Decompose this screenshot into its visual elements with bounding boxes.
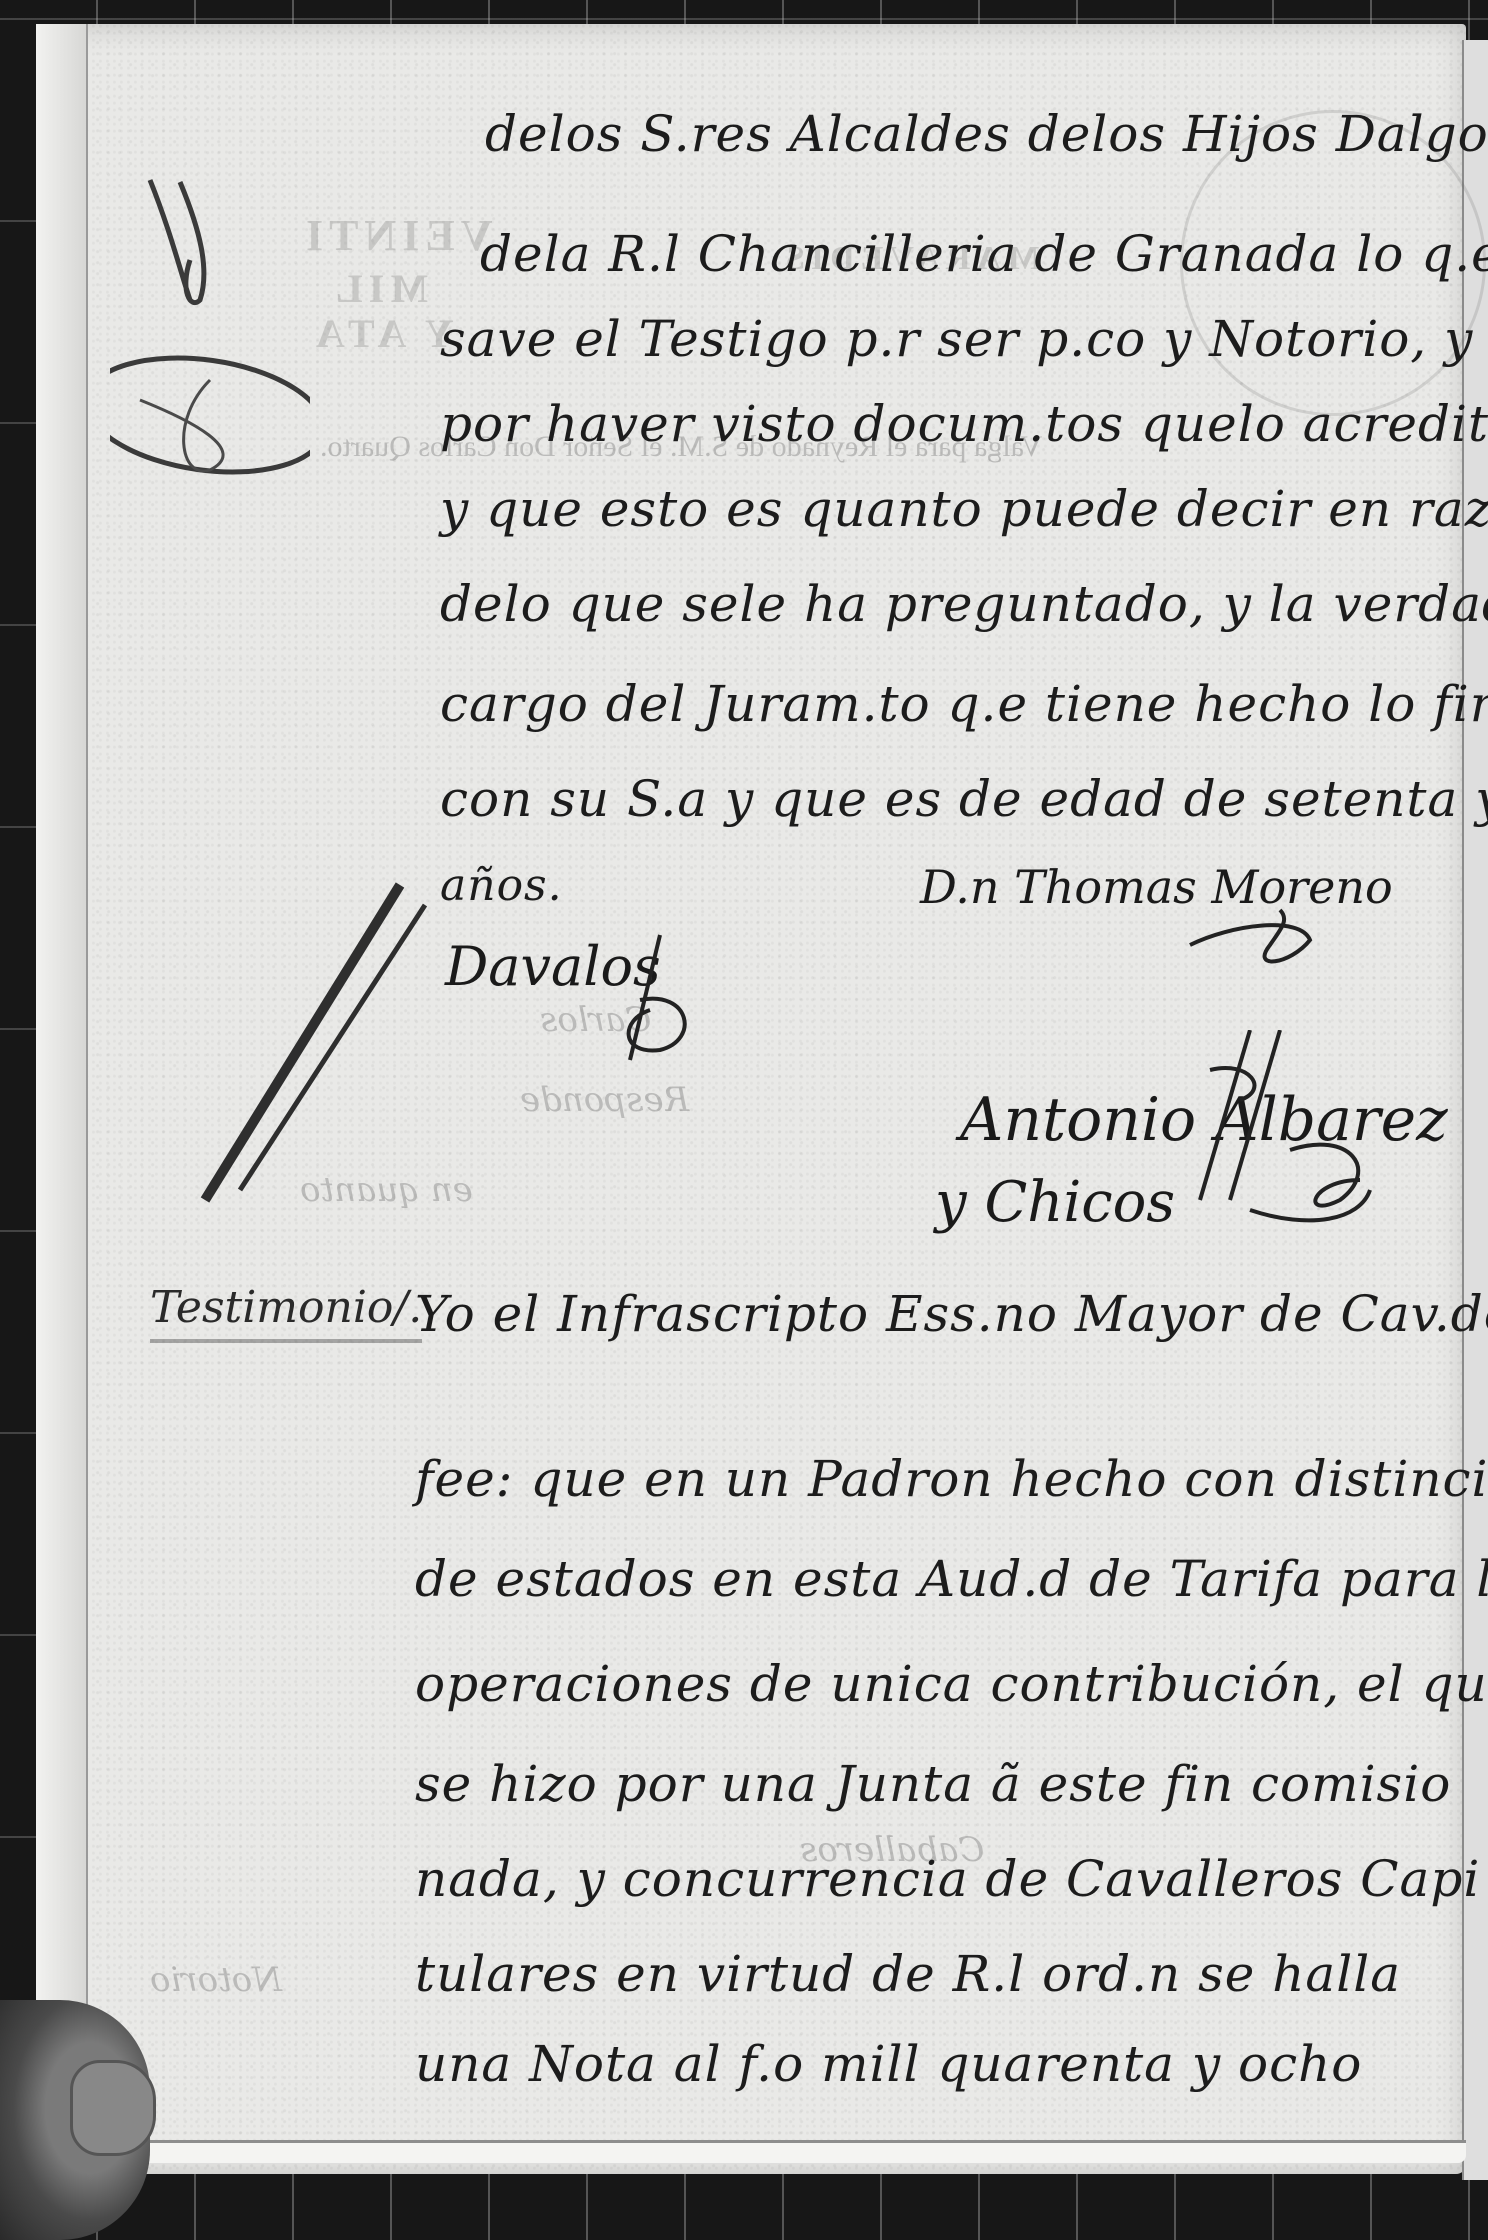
text-line-14: se hizo por una Junta ã este fin comisio [415, 1755, 1451, 1813]
text-line-8: con su S.a y que es de edad de setenta y… [440, 770, 1488, 828]
stamp-ghost-2: MIL [330, 265, 428, 312]
text-line-12: de estados en esta Aud.d de Tarifa para … [415, 1550, 1488, 1608]
text-line-16: tulares en virtud de R.l ord.n se halla [415, 1945, 1401, 2003]
holder-thumbnail [70, 2060, 156, 2156]
signature-rubric-icon [600, 930, 720, 1070]
signature-rubric-icon [1190, 1030, 1390, 1260]
verso-ghost-notorio: Notorio [150, 1960, 282, 2000]
text-line-10: Yo el Infrascripto Ess.no Mayor de Cav.d… [415, 1285, 1488, 1343]
text-line-17: una Nota al f.o mill quarenta y ocho [415, 2035, 1362, 2093]
margin-double-slash-icon [200, 880, 440, 1210]
text-line-9: años. [440, 860, 563, 911]
text-line-3: save el Testigo p.r ser p.co y Notorio, … [440, 310, 1473, 368]
page-bottom-edge [86, 2140, 1466, 2163]
text-line-15: nada, y concurrencia de Cavalleros Capi [415, 1850, 1480, 1908]
signature-thomas-moreno: D.n Thomas Moreno [920, 860, 1393, 914]
text-line-5: y que esto es quanto puede decir en razo… [440, 480, 1488, 538]
signature-y-chicos: y Chicos [935, 1170, 1175, 1235]
text-line-2: dela R.l Chancilleria de Granada lo q.e [480, 225, 1488, 283]
text-line-7: cargo del Juram.to q.e tiene hecho lo fi… [440, 675, 1488, 733]
stamp-ghost-3: Y ATA [310, 310, 454, 357]
text-line-4: por haver visto docum.tos quelo acredita… [440, 395, 1488, 453]
verso-ghost-responde: Responde [520, 1080, 689, 1120]
text-line-6: delo que sele ha preguntado, y la verdad… [440, 575, 1488, 633]
margin-eight-flourish-icon [110, 170, 310, 490]
signature-rubric-icon [1180, 905, 1320, 975]
margin-note-testimonio: Testimonio/. [150, 1282, 422, 1343]
page-binding-edge [36, 24, 88, 2174]
stamp-ghost-1: VEINTI [300, 210, 493, 261]
text-line-11: fee: que en un Padron hecho con distinci… [415, 1450, 1488, 1508]
text-line-1: delos S.res Alcaldes delos Hijos Dalgo [485, 105, 1488, 163]
text-line-13: operaciones de unica contribución, el qu… [415, 1655, 1488, 1713]
